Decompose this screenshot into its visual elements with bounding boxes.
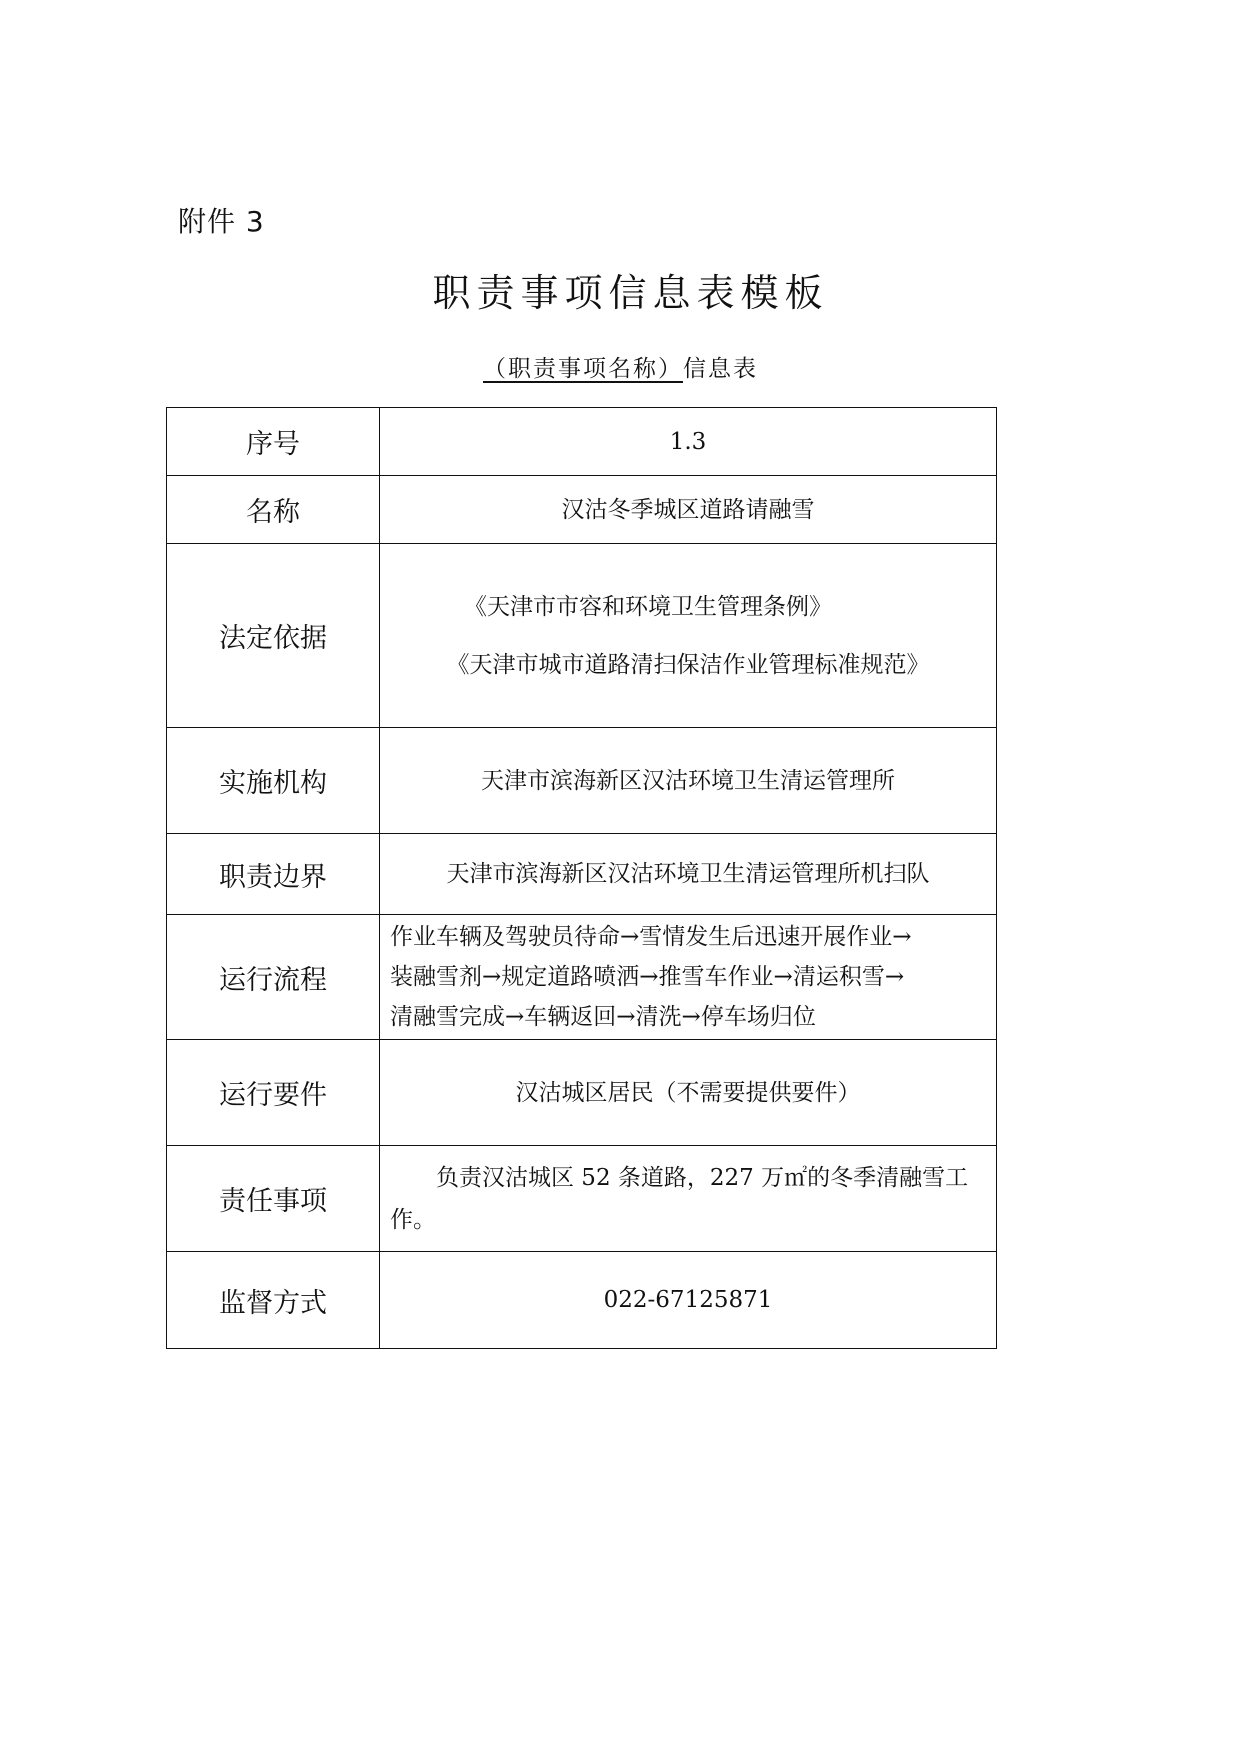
row-label: 运行要件	[167, 1040, 380, 1146]
row-label: 监督方式	[167, 1252, 380, 1349]
workflow-line: 作业车辆及驾驶员待命→雪情发生后迅速开展作业→	[390, 917, 988, 957]
row-label: 责任事项	[167, 1146, 380, 1252]
legal-basis-line: 《天津市市容和环境卫生管理条例》	[380, 578, 996, 636]
legal-basis-line: 《天津市城市道路清扫保洁作业管理标准规范》	[380, 636, 996, 694]
row-label: 实施机构	[167, 728, 380, 834]
table-row-name: 名称 汉沽冬季城区道路请融雪	[167, 476, 997, 544]
table-row-responsibility-boundary: 职责边界 天津市滨海新区汉沽环境卫生清运管理所机扫队	[167, 834, 997, 915]
table-row-legal-basis: 法定依据 《天津市市容和环境卫生管理条例》 《天津市城市道路清扫保洁作业管理标准…	[167, 544, 997, 728]
table-row-supervision: 监督方式 022-67125871	[167, 1252, 997, 1349]
workflow-line: 清融雪完成→车辆返回→清洗→停车场归位	[390, 997, 988, 1037]
subtitle-placeholder-name: （职责事项名称）	[483, 356, 683, 382]
table-row-duties: 责任事项 负责汉沽城区 52 条道路，227 万㎡的冬季清融雪工作。	[167, 1146, 997, 1252]
row-label: 名称	[167, 476, 380, 544]
row-value: 1.3	[380, 408, 997, 476]
row-value: 《天津市市容和环境卫生管理条例》 《天津市城市道路清扫保洁作业管理标准规范》	[380, 544, 997, 728]
table-row-workflow: 运行流程 作业车辆及驾驶员待命→雪情发生后迅速开展作业→ 装融雪剂→规定道路喷洒…	[167, 915, 997, 1040]
row-label: 序号	[167, 408, 380, 476]
table-row-serial: 序号 1.3	[167, 408, 997, 476]
row-value: 汉沽冬季城区道路请融雪	[380, 476, 997, 544]
subtitle-suffix: 信息表	[683, 356, 758, 382]
document-title: 职责事项信息表模板	[0, 262, 1241, 317]
row-label: 法定依据	[167, 544, 380, 728]
info-table: 序号 1.3 名称 汉沽冬季城区道路请融雪 法定依据 《天津市市容和环境卫生管理…	[166, 407, 997, 1349]
supervision-phone: 022-67125871	[380, 1252, 997, 1349]
row-label: 职责边界	[167, 834, 380, 915]
row-value: 作业车辆及驾驶员待命→雪情发生后迅速开展作业→ 装融雪剂→规定道路喷洒→推雪车作…	[380, 915, 997, 1040]
attachment-label: 附件 3	[178, 200, 265, 240]
table-subtitle: （职责事项名称）信息表	[0, 350, 1241, 383]
row-value: 负责汉沽城区 52 条道路，227 万㎡的冬季清融雪工作。	[380, 1146, 997, 1252]
table-row-implementing-agency: 实施机构 天津市滨海新区汉沽环境卫生清运管理所	[167, 728, 997, 834]
table-row-requirements: 运行要件 汉沽城区居民（不需要提供要件）	[167, 1040, 997, 1146]
row-value: 天津市滨海新区汉沽环境卫生清运管理所机扫队	[380, 834, 997, 915]
row-value: 汉沽城区居民（不需要提供要件）	[380, 1040, 997, 1146]
workflow-line: 装融雪剂→规定道路喷洒→推雪车作业→清运积雪→	[390, 957, 988, 997]
row-value: 天津市滨海新区汉沽环境卫生清运管理所	[380, 728, 997, 834]
row-label: 运行流程	[167, 915, 380, 1040]
